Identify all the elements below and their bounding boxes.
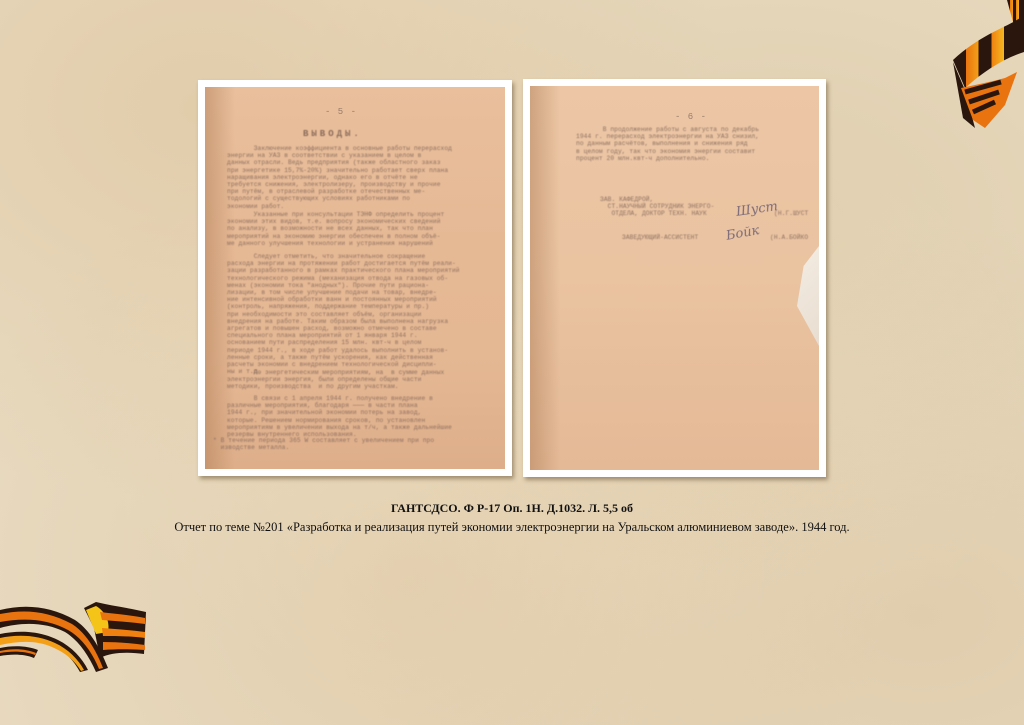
document-heading: ВЫВОДЫ.	[303, 129, 362, 139]
signature-handwriting: Бойк	[725, 223, 761, 244]
paragraph: По энергетическим мероприятиям, на в сум…	[227, 369, 444, 391]
st-george-ribbon-top-right	[945, 0, 1024, 135]
paragraph: В связи с 1 апреля 1944 г. получено внед…	[227, 395, 452, 438]
signature-title: ЗАВЕДУЮЩИЙ-АССИСТЕНТ	[622, 234, 698, 241]
document-photo-page-5: - 5 - ВЫВОДЫ. Заключение коэффициента в …	[198, 80, 512, 476]
paragraph: Следует отметить, что значительное сокра…	[227, 253, 460, 375]
document-sheet-page-6: - 6 - В продолжение работы с августа по …	[530, 86, 819, 470]
folded-paper-corner	[797, 246, 819, 346]
paragraph: В продолжение работы с августа по декабр…	[576, 126, 759, 162]
page-number: - 6 -	[675, 112, 707, 122]
document-photo-page-6: - 6 - В продолжение работы с августа по …	[523, 79, 826, 477]
document-sheet-page-5: - 5 - ВЫВОДЫ. Заключение коэффициента в …	[205, 87, 505, 469]
st-george-ribbon-bottom-left	[0, 598, 148, 674]
paragraph: Указанные при консультации ТЭНФ определи…	[227, 211, 444, 247]
signature-title: ЗАВ. КАФЕДРОЙ, СТ.НАУЧНЫЙ СОТРУДНИК ЭНЕР…	[600, 196, 714, 218]
footnote: * В течение периода 365 W составляет с у…	[213, 437, 434, 451]
signature-name: (Н.А.БОЙКО	[770, 234, 808, 241]
archive-reference: ГАНТСДСО. Ф Р-17 Оп. 1Н. Д.1032. Л. 5,5 …	[0, 501, 1024, 516]
paragraph: Заключение коэффициента в основные работ…	[227, 145, 452, 210]
signature-name: (Н.Г.ШУСТ	[774, 210, 808, 217]
signature-handwriting: Шуст	[735, 199, 779, 220]
document-description: Отчет по теме №201 «Разработка и реализа…	[0, 520, 1024, 535]
page-number: - 5 -	[325, 107, 357, 117]
